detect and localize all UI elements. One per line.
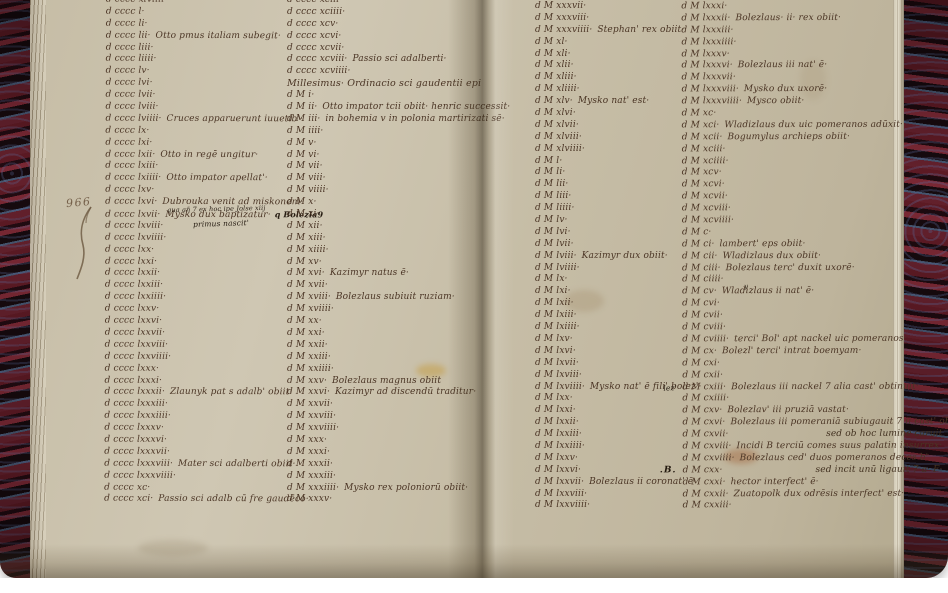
annal-entry: d M lxxxvi·Bolezlaus iii nat' ē·	[681, 60, 943, 73]
annal-entry: d M cxviii·Incidi B terciū comes suus pa…	[682, 441, 944, 454]
year-numeral: d M iii·	[287, 114, 320, 126]
annal-entry: d M lxxxviiii·Mysco obiit·	[682, 96, 944, 109]
year-numeral: d M xviii·	[287, 292, 331, 304]
year-numeral: d cccc lxxvi·	[105, 316, 162, 328]
annal-entry: d M lviiii·	[535, 263, 695, 275]
annal-entry: d M cxvi·Bolezlaus iii pomeraniā subiuga…	[682, 417, 944, 430]
year-numeral: d M liii·	[535, 191, 571, 203]
entry-note: Bolezlav' iii pruziā vastat·	[727, 405, 849, 415]
annal-entry: d M xxv·Bolezlaus magnus obiit	[287, 376, 505, 388]
annal-entry: d M lxvii·	[535, 358, 695, 370]
year-numeral: d M lxxxv·	[681, 49, 729, 61]
year-numeral: d M xlvii·	[535, 120, 579, 132]
year-numeral: d cccc xcvii·	[287, 43, 344, 55]
year-numeral: d M lviiii·	[535, 263, 580, 275]
annal-entry: d M lxxiiii·	[535, 441, 695, 453]
annal-entry: d M liii·	[535, 191, 695, 203]
annal-entry: d M xviiii·	[287, 304, 505, 316]
annal-entry: d M lxxviiii·	[535, 500, 695, 512]
year-numeral: d M cxx·	[683, 465, 723, 477]
annal-entry: d M cxi·	[682, 357, 944, 370]
year-numeral: d M xxxv·	[287, 494, 332, 506]
year-numeral: d cccc lv·	[106, 66, 150, 78]
year-numeral: d M xciiii·	[682, 156, 729, 168]
year-numeral: d M xliii·	[535, 72, 577, 84]
year-numeral: d M xci·	[682, 120, 720, 132]
annal-entry: d M xiii·	[287, 233, 505, 245]
stain	[138, 540, 208, 556]
entry-note: Bolezlaus iii pomeraniā subiugauit 7 ii …	[730, 417, 948, 428]
annal-entry: d M viii·	[287, 173, 505, 185]
entry-note: Passio sci adalberti·	[352, 54, 446, 64]
year-numeral: d M cxiii·	[682, 382, 726, 394]
year-numeral: d M ci·	[682, 239, 715, 251]
margin-note: lez'	[663, 382, 677, 395]
annal-entry: d M lvii·	[535, 239, 695, 251]
entry-continuation: sed ob hoc lumine caruit	[826, 429, 942, 441]
annal-entry: d M cxviiii·Bolezlaus ced' duos pomerano…	[683, 453, 945, 466]
left-page-edges	[30, 0, 46, 578]
annal-entry: Millesimus· Ordinacio sci gaudentii epi	[287, 78, 505, 90]
open-book: 966 d cccc xlviiiid cccc l·d cccc li·d c…	[0, 0, 948, 578]
marginal-flourish	[76, 205, 96, 281]
annal-entry: d cccc xcv·	[287, 19, 505, 31]
year-numeral: d M lxvi·	[535, 346, 576, 358]
annal-entry: d M xxxi·	[287, 447, 505, 459]
year-numeral: d M xxxiii·	[287, 471, 336, 483]
year-numeral: d M lxxxvi·	[681, 61, 732, 73]
year-numeral: d M cxiiii·	[682, 394, 729, 406]
year-numeral: d M xvii·	[287, 280, 328, 292]
year-numeral: d cccc lxxx·	[105, 363, 159, 375]
year-numeral: d M lxv·	[535, 334, 573, 346]
annal-entry: d M cvii·	[682, 310, 944, 323]
year-numeral: d M cxxii·	[683, 489, 729, 501]
entry-note: Otto in regē ungitur·	[160, 149, 258, 159]
annal-entry: d M ii·Otto impator tcii obiit· henric s…	[287, 102, 505, 114]
entry-note: Mysko rex poloniorū obiit·	[344, 483, 468, 493]
entry-note: Otto pmus italiam subegit·	[156, 30, 281, 40]
year-numeral: d M xciii·	[682, 144, 726, 156]
annal-entry: d M xcviiii·	[682, 215, 944, 228]
year-numeral: d M lxi·	[535, 286, 571, 298]
entry-note: Incidi B terciū comes suus palatin insur…	[737, 441, 943, 452]
year-numeral: d M xxxviiii·	[535, 25, 592, 37]
annal-entry: d M xvi·Kazimyr natus ē·	[287, 268, 505, 280]
year-numeral: d cccc xciiii·	[287, 7, 345, 19]
entry-note: Cruces apparuerunt iuuetib'·	[167, 114, 304, 124]
annal-entry: d M cxxii·Zuatopolk dux odrēsis interfec…	[683, 488, 945, 501]
entry-note: Bolezlaus subiuit ruziam·	[336, 292, 455, 302]
year-numeral: d M lxxviii·	[535, 489, 587, 501]
annal-entry: d M xliiii·	[535, 84, 695, 96]
year-numeral: d M xxiii·	[287, 352, 331, 364]
year-numeral: d M liiii·	[535, 203, 574, 215]
annal-entry: d M lxxii·	[535, 417, 695, 429]
annal-entry: d M cviii·	[682, 322, 944, 335]
annal-entry: d M vi·	[287, 150, 505, 162]
year-numeral: d M lxxviiii·	[535, 500, 590, 512]
year-numeral: d M xiiii·	[287, 245, 329, 257]
year-numeral: d cccc lxv·	[105, 185, 154, 197]
year-numeral: d M xliiii·	[535, 84, 580, 96]
entry-note: Mater sci adalberti obiit·	[178, 459, 296, 469]
year-numeral: d M lxxi·	[535, 405, 576, 417]
annal-entry: d M lii·	[535, 179, 695, 191]
annal-entry: d cccc xcvii·	[287, 43, 505, 55]
annal-entry: d cccc xciiii·	[287, 7, 505, 19]
year-numeral: d cccc lxxviiii·	[105, 351, 172, 363]
year-numeral: d M cviii·	[682, 322, 726, 334]
year-numeral: d cccc li·	[106, 18, 148, 30]
year-numeral: d M vii·	[287, 161, 323, 173]
year-numeral: d M xlvi·	[535, 108, 576, 120]
year-numeral: d M lxxii·	[535, 417, 579, 429]
annal-entry: d M lx·	[535, 274, 695, 286]
annal-entry: d M lxi·	[535, 286, 695, 298]
annal-entry: d M lxxxvii·	[682, 72, 944, 85]
annal-entry: d M cxv·Bolezlav' iii pruziā vastat·	[682, 405, 944, 418]
year-numeral: d M lxxxvii·	[682, 73, 736, 85]
year-numeral: d M c·	[682, 227, 712, 239]
year-numeral: d M cxv·	[682, 406, 722, 418]
annal-entry: d M ci·lambert' eps obiit·	[682, 238, 944, 251]
annal-entry: d M xii·	[287, 221, 505, 233]
entry-note: Bolezlaus· ii· rex obiit·	[735, 13, 841, 23]
annal-entry: d M lxiiii·	[535, 322, 695, 334]
year-numeral: d M xxxvii·	[535, 1, 586, 13]
year-numeral: d M xlv·	[535, 96, 573, 108]
entry-note: Kazimyr dux obiit·	[582, 251, 668, 261]
annal-entry: d cccc xcviiii·	[287, 66, 505, 78]
annal-entry: d M lxxxi·	[681, 1, 943, 14]
year-numeral: d M xiii·	[287, 233, 326, 245]
year-numeral: d cccc l·	[106, 7, 145, 19]
year-numeral: d cccc lviiii·	[105, 114, 161, 126]
annal-entry: d M viiii·	[287, 185, 505, 197]
entry-note: Millesimus· Ordinacio sci gaudentii epi	[287, 78, 481, 89]
entry-note: Zlaunyk pat s adalb' obiit·	[170, 387, 293, 397]
year-numeral: d M li·	[535, 167, 565, 179]
annal-entry: d M cxvii·sed ob hoc lumine caruit	[682, 429, 944, 442]
annal-entry: d M lxiii·	[535, 310, 695, 322]
annal-entry: d M lxviii·	[535, 370, 695, 382]
entry-note: Bolezlaus iii nackel 7 alia cast' obtinu…	[731, 381, 919, 391]
entry-note: Bolezlaus magnus obiit	[332, 376, 441, 386]
annal-entry: d M xxxvii·	[535, 1, 695, 13]
year-numeral: d M xxvi·	[287, 387, 330, 399]
annal-entry: lez'd M cxiii·Bolezlaus iii nackel 7 ali…	[682, 381, 944, 394]
year-numeral: d M lvii·	[535, 239, 574, 251]
annal-entry: d M xlviii·	[535, 132, 695, 144]
year-numeral: d cccc lxxiiii·	[105, 292, 166, 304]
annal-entry: d M cviiii·terci' Bol' apt nackel uic po…	[682, 334, 944, 347]
annal-entry: d M xcviii·	[682, 203, 944, 216]
annal-entry: d M lxxxviii·Mysko dux uxorē·	[682, 84, 944, 97]
year-numeral: d M xcvi·	[682, 180, 725, 192]
year-numeral: d M xcii·	[682, 132, 723, 144]
annal-entry: d M lxxiii·	[535, 429, 695, 441]
year-numeral: d M viiii·	[287, 185, 329, 197]
year-numeral: d M lviii·	[535, 251, 577, 263]
entry-note: Bolezl' terci' intrat boemyam·	[722, 346, 862, 356]
year-numeral: d cccc lxxi·	[105, 256, 157, 268]
year-numeral: d M cvi·	[682, 299, 720, 311]
year-numeral: d cccc lxxxiiii·	[104, 411, 171, 423]
year-numeral: d M xcv·	[682, 168, 722, 180]
annal-entry: d M lxvi·	[535, 346, 695, 358]
year-numeral: d M xii·	[287, 221, 323, 233]
photo-background	[0, 578, 948, 593]
annal-entry: d M xc·	[682, 108, 944, 121]
parchment-pages: 966 d cccc xlviiiid cccc l·d cccc li·d c…	[30, 0, 904, 578]
annal-entry: d M lxxxiii·	[681, 24, 943, 37]
year-numeral: d cccc liiii·	[106, 54, 157, 66]
year-numeral: d cccc xcvi·	[287, 31, 341, 43]
year-numeral: d M xxx·	[287, 435, 327, 447]
year-numeral: d cccc xci·	[104, 494, 153, 506]
annal-entry: d M xl·	[535, 37, 695, 49]
year-numeral: d cccc xc·	[104, 482, 150, 494]
year-numeral: d M l·	[535, 156, 562, 168]
entry-note: hector interfect' ē·	[731, 477, 819, 487]
entry-note: Kazimyr natus ē·	[330, 268, 409, 278]
year-numeral: d cccc lxx·	[105, 244, 154, 256]
annal-entry: d M lxv·	[535, 334, 695, 346]
annal-entry: d M xiiii·	[287, 245, 505, 257]
annal-entry: d M iii·in bohemia v in polonia martiriz…	[287, 114, 505, 126]
year-numeral: d cccc lxxviii·	[105, 339, 169, 351]
year-numeral: d M lxxxii·	[681, 13, 730, 25]
annal-entry: d M xxi·	[287, 328, 505, 340]
year-numeral: d cccc lvii·	[106, 90, 156, 102]
annal-entry: d M lxx·	[535, 393, 695, 405]
year-numeral: d M xxxiiii·	[287, 483, 339, 495]
year-numeral: d M i·	[287, 90, 314, 102]
year-numeral: d M cxviii·	[682, 441, 731, 453]
entry-note: Wladizlaus ii nat' ē·	[722, 286, 814, 296]
year-numeral: d M cviiii·	[682, 334, 729, 346]
annal-entry: d M iiii·	[287, 126, 505, 138]
annal-entry: d M cx·Bolezl' terci' intrat boemyam·	[682, 345, 944, 358]
year-numeral: d M xxxviii·	[535, 13, 589, 25]
year-numeral: d M lvi·	[535, 227, 571, 239]
entry-note: Otto impator tcii obiit· henric successi…	[322, 102, 510, 112]
year-numeral: d M lxxxviii·	[682, 84, 739, 96]
year-numeral: d cccc xciii·	[287, 0, 342, 7]
year-numeral: d M lii·	[535, 179, 568, 191]
annal-entry: d M cxxiii·	[683, 500, 945, 513]
year-numeral: d cccc lxi·	[105, 137, 152, 149]
year-numeral: d cccc lxxxviiii·	[104, 470, 176, 482]
year-numeral: d M xlii·	[535, 60, 574, 72]
left-cover-marble	[0, 0, 30, 578]
annal-entry: d M vii·	[287, 161, 505, 173]
annal-entry: d M i·	[287, 90, 505, 102]
entry-note: Wladizlaus dux uic pomeranos adūxit·	[724, 120, 903, 130]
year-numeral: d M cii·	[682, 251, 718, 263]
annal-entry: d M xcii·Bogumylus archieps obiit·	[682, 131, 944, 144]
year-numeral: d M lxii·	[535, 298, 574, 310]
annal-entry: .B.d M cxx·sed incit unū ligauit 7 a· F·	[683, 464, 945, 477]
year-numeral: d M lxx·	[535, 393, 573, 405]
annal-entry: d M cvi·	[682, 298, 944, 311]
year-numeral: d cccc lxxii·	[105, 268, 160, 280]
year-numeral: d M xlviiii·	[535, 144, 585, 156]
year-numeral: d M xi·	[287, 209, 320, 221]
year-numeral: d cccc lviii·	[105, 102, 158, 114]
annal-entry: d M xxxv·	[287, 494, 505, 506]
year-numeral: d cccc lxxxi·	[105, 375, 162, 387]
annal-entry: d M xv·	[287, 257, 505, 269]
annal-entry: d M xci·Wladizlaus dux uic pomeranos adū…	[682, 120, 944, 133]
entry-note: terci' Bol' apt nackel uic pomeranos·	[734, 334, 907, 344]
annal-entry: d M xxiiii·	[287, 364, 505, 376]
year-numeral: d M cxvi·	[682, 417, 725, 429]
year-numeral: d cccc lii·	[106, 30, 151, 42]
year-numeral: d M xx·	[287, 316, 322, 328]
year-numeral: d M lxiiii·	[535, 322, 580, 334]
year-numeral: d M lxvii·	[535, 358, 579, 370]
year-numeral: d M lxxiiii·	[535, 441, 585, 453]
annals-column-4: d M lxxxi·d M lxxxii·Bolezlaus· ii· rex …	[681, 1, 944, 513]
annal-entry: d M xliii·	[535, 72, 695, 84]
year-numeral: d M lx·	[535, 274, 568, 286]
annal-entry: d M v·	[287, 138, 505, 150]
year-numeral: d M xxv·	[287, 376, 327, 388]
year-numeral: d M lxxiii·	[535, 429, 582, 441]
year-numeral: d M ciii·	[682, 263, 721, 275]
annal-entry: d M xxxviiii·Stephan' rex obiit·	[535, 25, 695, 37]
annal-entry: d M liiii·	[535, 203, 695, 215]
year-numeral: d M xviiii·	[287, 304, 334, 316]
annal-entry: d M lvi·	[535, 227, 695, 239]
annal-entry: d M lxii·	[535, 298, 695, 310]
annal-entry: d M xxxviii·	[535, 13, 695, 25]
year-numeral: d M cx·	[682, 346, 717, 358]
entry-note: Mysko dux uxorē·	[744, 84, 827, 94]
year-numeral: d M iiii·	[287, 126, 323, 138]
annal-entry: d M c·	[682, 227, 944, 240]
year-numeral: d M xxxii·	[287, 459, 333, 471]
year-numeral: d M xxviii·	[287, 411, 336, 423]
entry-note: Bolezlaus ced' duos pomeranos deces b'	[740, 453, 929, 463]
entry-note: Bogumylus archieps obiit·	[727, 132, 850, 142]
year-numeral: d M cvii·	[682, 310, 723, 322]
annal-entry: d M l·	[535, 156, 695, 168]
annal-entry: d M cxxi·hector interfect' ē·	[683, 476, 945, 489]
year-numeral: d M xcviiii·	[682, 215, 734, 227]
year-numeral: d M cxvii·	[682, 429, 728, 441]
year-numeral: d M lxiii·	[535, 310, 577, 322]
year-numeral: d cccc lxviii·	[105, 221, 163, 233]
annal-entry: d M xxviii·	[287, 411, 505, 423]
year-numeral: d cccc lxxvii·	[105, 328, 166, 340]
year-numeral: d cccc lxiiii·	[105, 173, 161, 185]
year-numeral: d M cv·	[682, 287, 717, 299]
year-numeral: d M lxxxiiii·	[681, 37, 736, 49]
annal-entry: d cccc xcviii·Passio sci adalberti·	[287, 54, 505, 66]
annal-entry: d M xxiii·	[287, 352, 505, 364]
entry-note: Bolezlaus ii coronat' ē·	[589, 477, 696, 487]
annal-entry: d M ciiii·	[682, 274, 944, 287]
annal-entry: d M xxxiii·	[287, 471, 505, 483]
entry-note: Bolezlaus terc' duxit uxorē·	[726, 262, 855, 272]
annal-entry: d M xxii·	[287, 340, 505, 352]
annal-entry: d M xvii·	[287, 280, 505, 292]
year-numeral: d M xxxi·	[287, 447, 330, 459]
annal-entry: d M lxxxiiii·	[681, 36, 943, 49]
year-numeral: d M xvi·	[287, 268, 325, 280]
year-numeral: d M cxi·	[682, 358, 720, 370]
annal-entry: d M xi·	[287, 209, 505, 221]
annal-entry: d M xciii·	[682, 143, 944, 156]
entry-note: Kazimyr ad discendū traditur·	[335, 387, 476, 397]
annals-column-2: d cccc xciii·d cccc xciiii·d cccc xcv·d …	[287, 0, 505, 506]
year-numeral: d cccc lxvi·	[105, 197, 157, 209]
year-numeral: d M lxxxi·	[681, 1, 727, 13]
annal-entry: d M xxx·	[287, 435, 505, 447]
year-numeral: d M lxxxiii·	[681, 25, 733, 37]
entry-note: lambert' eps obiit·	[719, 239, 805, 249]
interlinear-note: qua añ 7 ex hoc ipe Jolse xiij	[167, 202, 266, 216]
year-numeral: d cccc lxiii·	[105, 161, 158, 173]
year-numeral: d cccc lxxxviii·	[104, 458, 173, 470]
annal-entry: d M lxxi·	[535, 405, 695, 417]
annal-entry: d M xviii·Bolezlaus subiuit ruziam·	[287, 292, 505, 304]
annal-entry: d M xcv·	[682, 167, 944, 180]
annal-entry: d M xlvi·	[535, 108, 695, 120]
entry-note: in bohemia v in polonia martirizati sē·	[325, 114, 504, 124]
entry-note: Otto impator apellat'·	[166, 173, 268, 183]
year-numeral: d M lxviii·	[535, 370, 582, 382]
year-numeral: d cccc lvi·	[106, 78, 153, 90]
entry-note: Mysko nat' est·	[578, 96, 649, 106]
year-numeral: d M cxxi·	[683, 477, 726, 489]
interlinear-note: y	[744, 281, 748, 293]
year-numeral: d M lxviiii·	[535, 382, 585, 394]
year-numeral: d M xl·	[535, 37, 568, 49]
year-numeral: d cccc lxxxvi·	[104, 435, 167, 447]
annal-entry: d M x·	[287, 197, 505, 209]
year-numeral: d M cxxiii·	[683, 501, 732, 513]
year-numeral: d M xxiiii·	[287, 364, 334, 376]
year-numeral: d cccc lxxiii·	[105, 280, 163, 292]
year-numeral: d M lxxvii·	[535, 477, 584, 489]
annal-entry: d M lxxvii·Bolezlaus ii coronat' ē·	[535, 477, 695, 489]
annal-entry: d M xlii·	[535, 60, 695, 72]
year-numeral: d M xxvii·	[287, 399, 333, 411]
annal-entry: d M xxvi·Kazimyr ad discendū traditur·	[287, 387, 505, 399]
annal-entry: d M lviii·Kazimyr dux obiit·	[535, 251, 695, 263]
annal-entry: d M cii·Wladizlaus dux obiit·	[682, 250, 944, 263]
year-numeral: d M lxxv·	[535, 453, 578, 465]
annal-entry: d M cxiiii·	[682, 393, 944, 406]
year-numeral: d M xli·	[535, 49, 571, 61]
year-numeral: d cccc lx·	[105, 125, 149, 137]
year-numeral: d cccc lxii·	[105, 149, 155, 161]
entry-note: Bolezlaus iii nat' ē·	[738, 60, 827, 70]
year-numeral: d M xc·	[682, 108, 717, 120]
year-numeral: d M x·	[287, 197, 317, 209]
annal-entry: d M ciii·Bolezlaus terc' duxit uxorē·	[682, 262, 944, 275]
annal-entry: d M xxvii·	[287, 399, 505, 411]
year-numeral: d cccc lxxxii·	[104, 387, 165, 399]
year-numeral: d cccc lxxxv·	[104, 423, 164, 435]
year-numeral: d M v·	[287, 138, 317, 150]
year-numeral: d M vi·	[287, 150, 320, 162]
year-numeral: d cccc xcv·	[287, 19, 338, 31]
